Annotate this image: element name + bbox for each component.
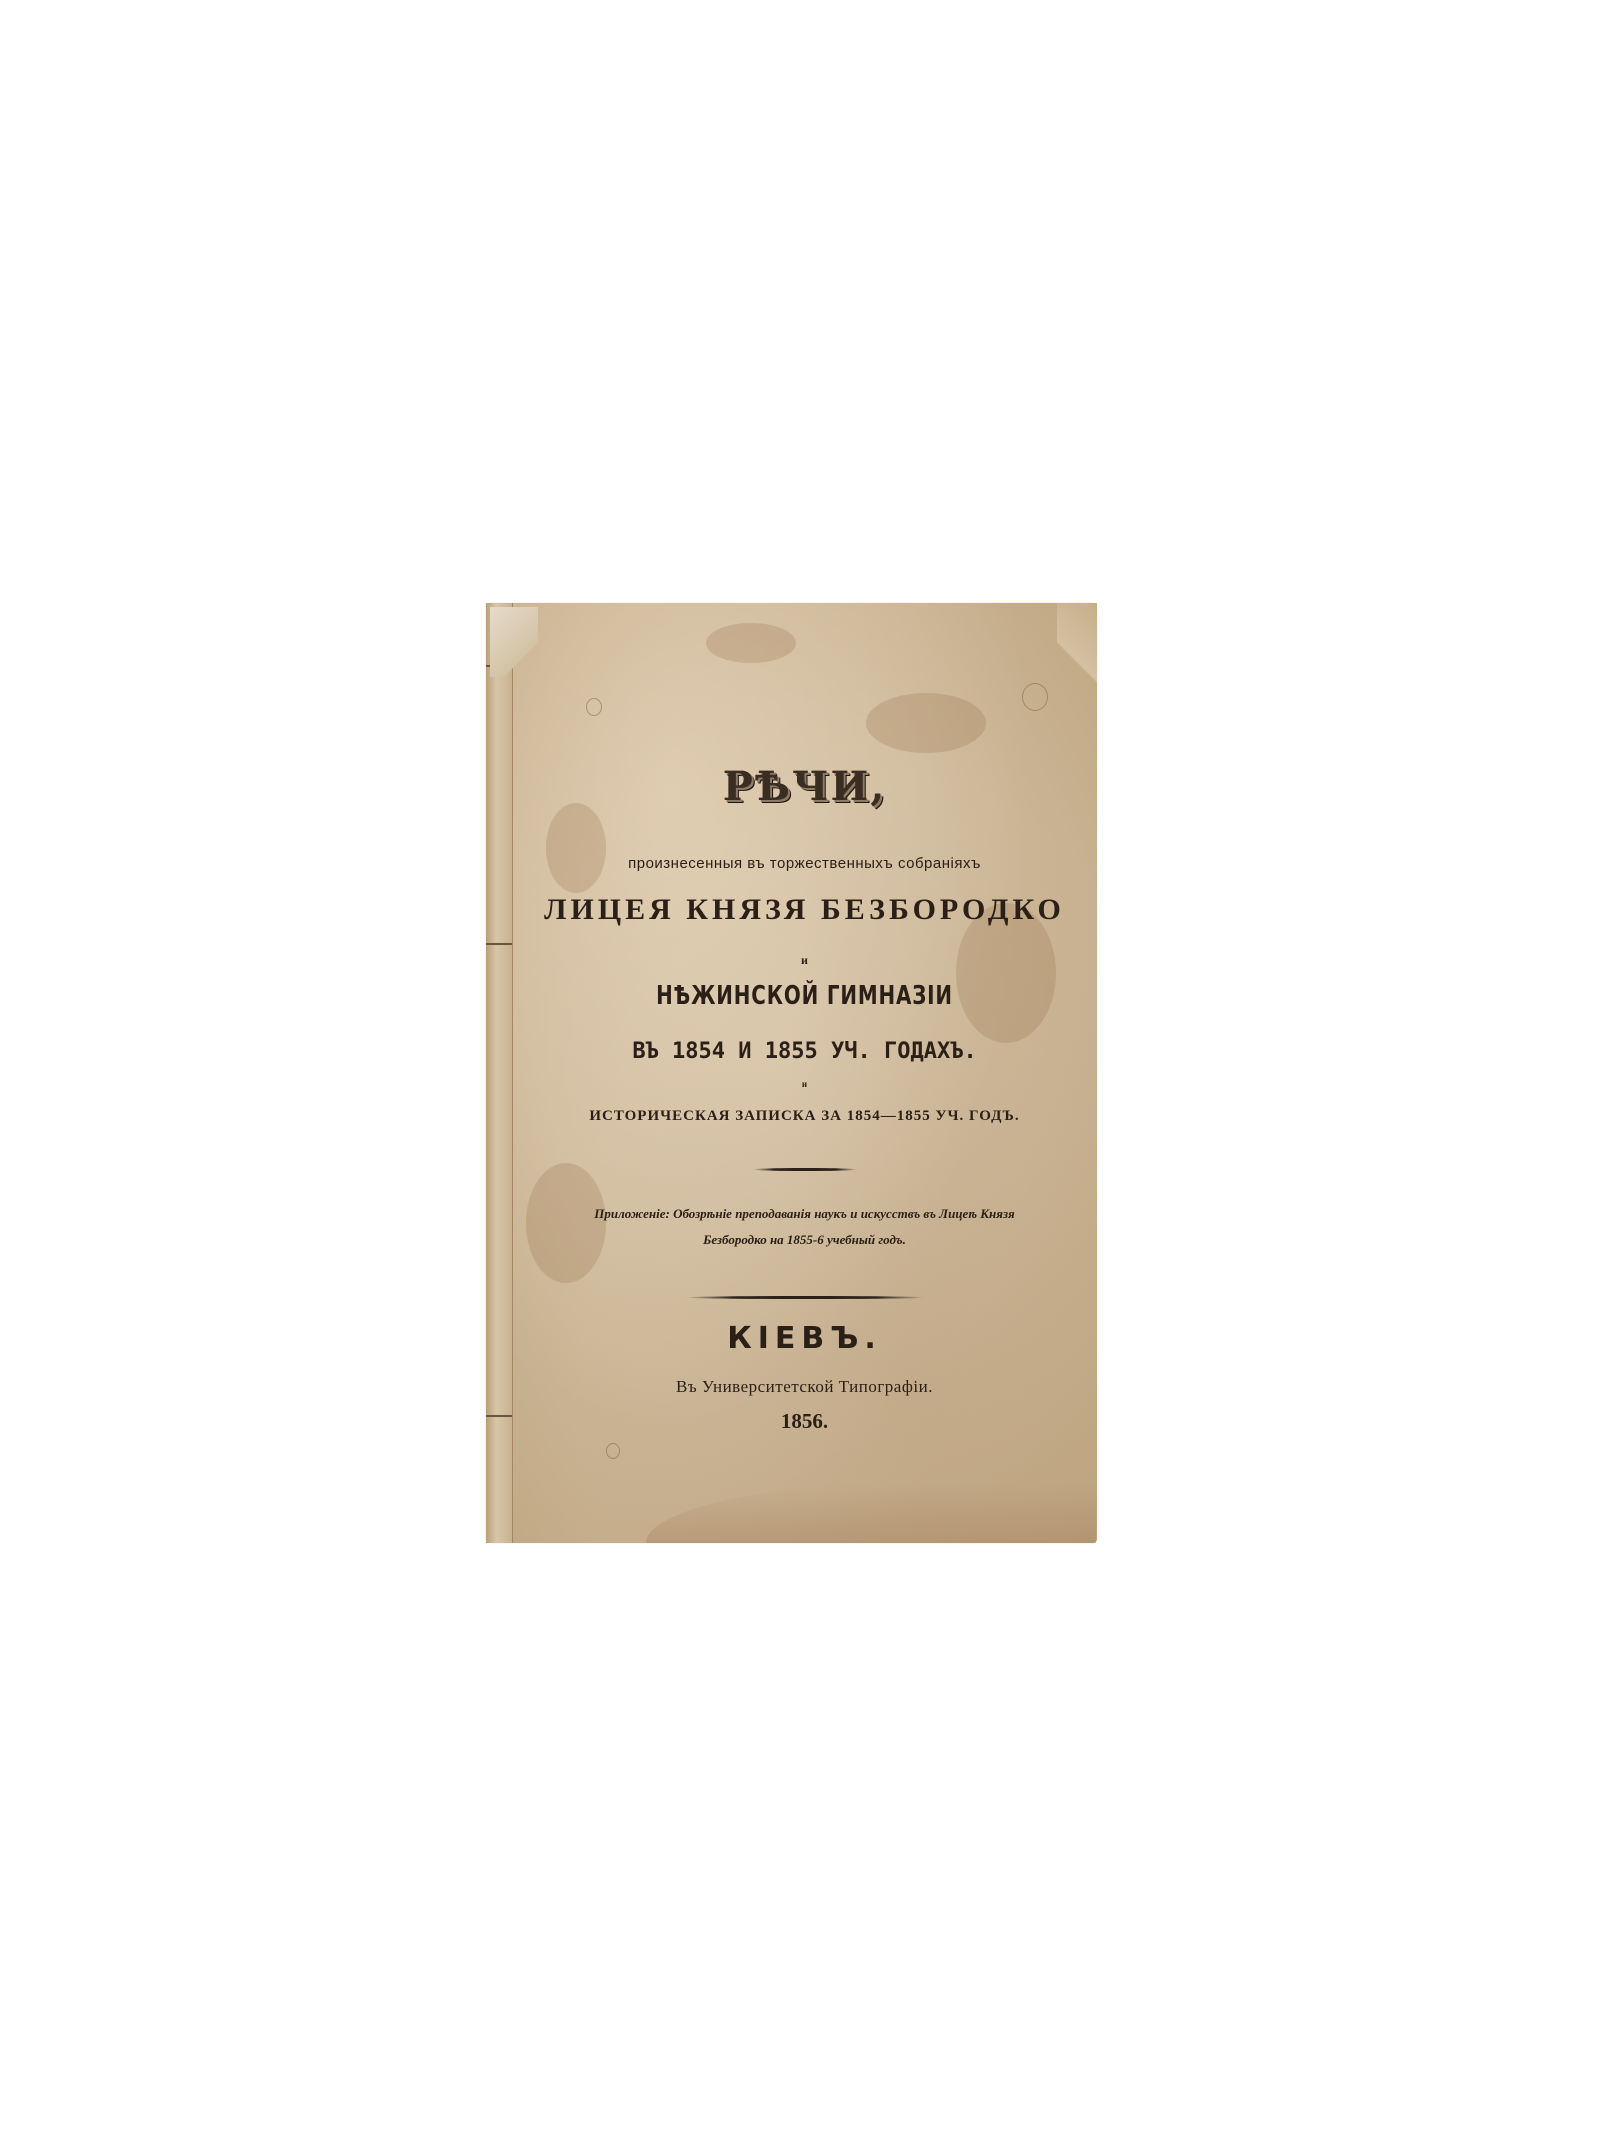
- cover-subtitle: произнесенныя въ торжественныхъ собранія…: [512, 855, 1097, 872]
- cover-years: ВЪ 1854 И 1855 УЧ. ГОДАХЪ.: [512, 1039, 1097, 1064]
- stain-ring: [586, 698, 602, 716]
- folded-corner: [490, 607, 538, 677]
- book-cover: РѢЧИ, произнесенныя въ торжественныхъ со…: [486, 603, 1097, 1543]
- torn-corner: [1057, 603, 1097, 693]
- ornamental-rule: [685, 1296, 925, 1299]
- spine-stitch: [486, 943, 512, 945]
- cover-city: КІЕВЪ.: [512, 1321, 1097, 1356]
- appendix-line: Приложеніе: Обозрѣніе преподаванія наукъ…: [542, 1201, 1067, 1227]
- cover-historical-note: ИСТОРИЧЕСКАЯ ЗАПИСКА ЗА 1854—1855 УЧ. ГО…: [512, 1108, 1097, 1125]
- water-damage: [646, 1483, 1096, 1543]
- cover-conjunction: и: [512, 1079, 1097, 1089]
- book-spine: [486, 603, 513, 1543]
- foxing-stain: [866, 693, 986, 753]
- foxing-stain: [706, 623, 796, 663]
- cover-year: 1856.: [512, 1409, 1097, 1434]
- stain-ring: [606, 1443, 620, 1459]
- cover-conjunction: и: [512, 953, 1097, 968]
- cover-title: РѢЧИ,: [512, 763, 1097, 810]
- cover-publisher: Въ Университетской Типографіи.: [512, 1377, 1097, 1397]
- spine-stitch: [486, 1415, 512, 1417]
- foxing-stain: [546, 803, 606, 893]
- cover-appendix: Приложеніе: Обозрѣніе преподаванія наукъ…: [542, 1201, 1067, 1253]
- ornamental-rule: [753, 1168, 857, 1171]
- cover-institution-1: ЛИЦЕЯ КНЯЗЯ БЕЗБОРОДКО: [512, 893, 1097, 927]
- cover-institution-2: НѢЖИНСКОЙ ГИМНАЗІИ: [556, 981, 1053, 1011]
- stain-ring: [1022, 683, 1048, 711]
- appendix-line: Безбородко на 1855-6 учебный годъ.: [542, 1227, 1067, 1253]
